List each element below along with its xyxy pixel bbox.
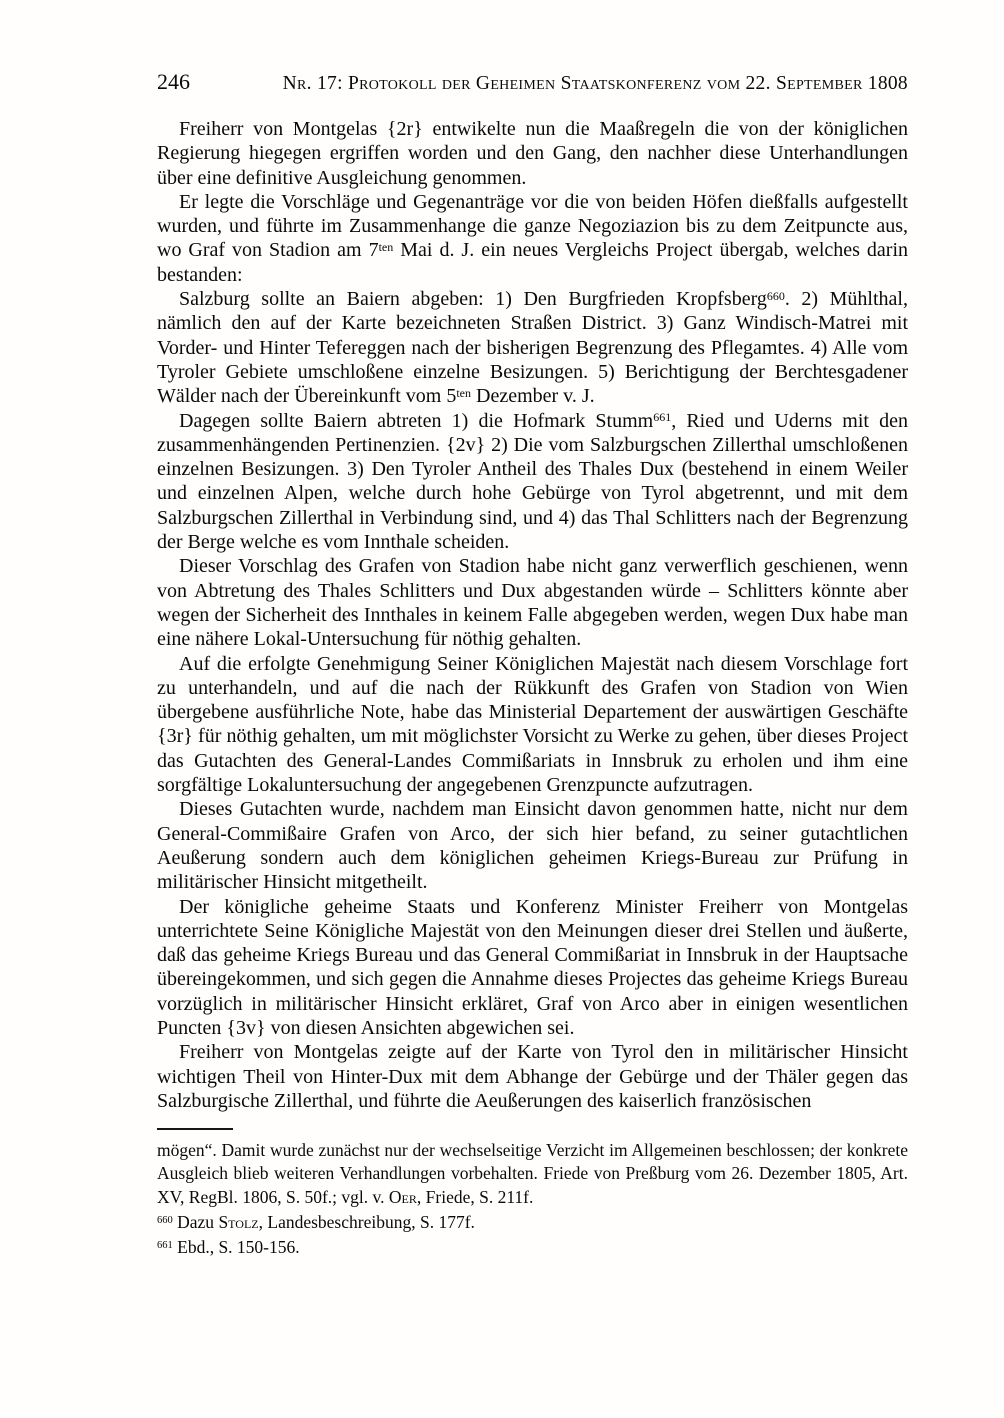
paragraph-text: Freiherr von Montgelas {2r} entwikelte n… <box>157 118 908 189</box>
author-smallcaps: Oer <box>389 1187 417 1207</box>
ordinal-superscript: ten <box>379 240 394 254</box>
page-header: 246 Nr. 17: Protokoll der Geheimen Staat… <box>157 70 908 96</box>
paragraph-text: Auf die erfolgte Genehmigung Seiner Köni… <box>157 653 908 796</box>
body-paragraph-4: Dagegen sollte Baiern abtreten 1) die Ho… <box>157 409 908 555</box>
footnote-continuation: mögen“. Damit wurde zunächst nur der wec… <box>157 1139 908 1209</box>
running-head: Nr. 17: Protokoll der Geheimen Staatskon… <box>283 72 908 96</box>
footnote-661: 661 Ebd., S. 150-156. <box>157 1236 908 1259</box>
footnote-text: Ebd., S. 150-156. <box>173 1237 300 1257</box>
paragraph-text: Dieses Gutachten wurde, nachdem man Eins… <box>157 798 908 893</box>
body-paragraph-3: Salzburg sollte an Baiern abgeben: 1) De… <box>157 287 908 408</box>
footnote-text: , Landesbeschreibung, S. 177f. <box>259 1212 475 1232</box>
text-block: 246 Nr. 17: Protokoll der Geheimen Staat… <box>157 70 908 1261</box>
body-text: Freiherr von Montgelas {2r} entwikelte n… <box>157 117 908 1113</box>
footnote-text: , Friede, S. 211f. <box>417 1187 534 1207</box>
body-paragraph-9: Freiherr von Montgelas zeigte auf der Ka… <box>157 1040 908 1113</box>
footnote-ref-660: 660 <box>767 289 785 303</box>
footnote-number: 661 <box>157 1240 173 1251</box>
footnote-ref-661: 661 <box>653 410 671 424</box>
body-paragraph-2: Er legte die Vorschläge und Gegenanträge… <box>157 190 908 287</box>
paragraph-text: Dezember v. J. <box>471 385 595 407</box>
footnote-text: Dazu <box>173 1212 219 1232</box>
body-paragraph-1: Freiherr von Montgelas {2r} entwikelte n… <box>157 117 908 190</box>
body-paragraph-8: Der königliche geheime Staats und Konfer… <box>157 895 908 1041</box>
book-page: 246 Nr. 17: Protokoll der Geheimen Staat… <box>0 0 1004 1418</box>
footnote-number: 660 <box>157 1215 173 1226</box>
body-paragraph-7: Dieses Gutachten wurde, nachdem man Eins… <box>157 797 908 894</box>
footnote-660: 660 Dazu Stolz, Landesbeschreibung, S. 1… <box>157 1211 908 1234</box>
paragraph-text: Der königliche geheime Staats und Konfer… <box>157 896 908 1039</box>
paragraph-text: Dieser Vorschlag des Grafen von Stadion … <box>157 555 908 650</box>
author-smallcaps: Stolz <box>218 1212 258 1232</box>
footnote-section: mögen“. Damit wurde zunächst nur der wec… <box>157 1128 908 1259</box>
paragraph-text: Dagegen sollte Baiern abtreten 1) die Ho… <box>179 410 653 432</box>
page-number: 246 <box>157 70 190 94</box>
body-paragraph-6: Auf die erfolgte Genehmigung Seiner Köni… <box>157 652 908 798</box>
body-paragraph-5: Dieser Vorschlag des Grafen von Stadion … <box>157 554 908 651</box>
footnote-separator-rule <box>157 1128 233 1130</box>
paragraph-text: Freiherr von Montgelas zeigte auf der Ka… <box>157 1041 908 1112</box>
paragraph-text: Salzburg sollte an Baiern abgeben: 1) De… <box>179 288 767 310</box>
ordinal-superscript: ten <box>456 386 471 400</box>
